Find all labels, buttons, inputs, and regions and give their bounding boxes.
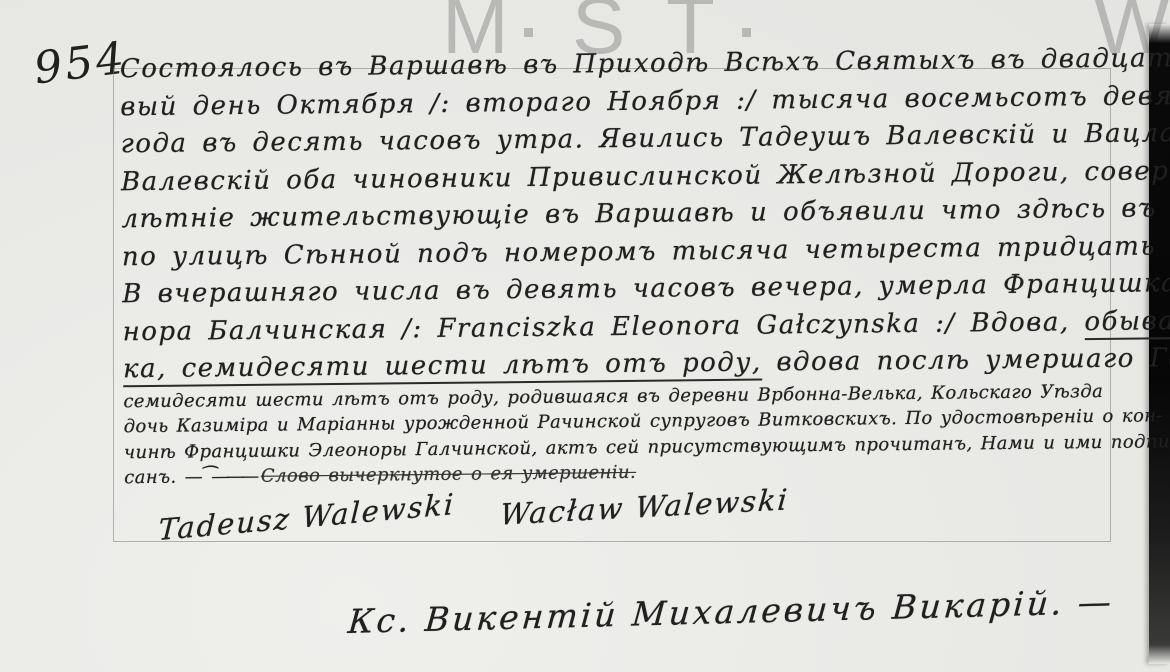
vicar-signature: Кс. Викентій Михалевичъ Викарій. — xyxy=(347,582,1116,641)
record-struck-text: Слово вычеркнутое о ея умершеніи. xyxy=(261,462,636,487)
record-line-text: нора Балчинская /: Franciszka Eleonora G… xyxy=(123,307,1085,347)
record-line-text: санъ. xyxy=(124,467,185,489)
record-line-underlined-text: обывательни- xyxy=(1084,304,1170,339)
watermark-dot xyxy=(524,28,533,37)
document-scan-page: M S T W 954 Состоялось въ Варшавѣ въ При… xyxy=(0,0,1170,672)
record-line-underlined-text: ка, семидесяти шести лѣтъ отъ роду, xyxy=(123,348,762,388)
record-line-text: Состоялось въ Варшавѣ въ Приходѣ Всѣхъ С… xyxy=(120,42,1170,84)
record-line-text: года въ десять часовъ утра. Явились Таде… xyxy=(121,118,1170,159)
pen-flourish: —⁀——— xyxy=(185,466,261,488)
record-text-block: Состоялось въ Варшавѣ въ Приходѣ Всѣхъ С… xyxy=(120,41,1125,491)
watermark-dot xyxy=(742,28,751,37)
record-line-text: вдова послѣ умершаго Галчинскаго, помѣщи… xyxy=(761,340,1170,378)
